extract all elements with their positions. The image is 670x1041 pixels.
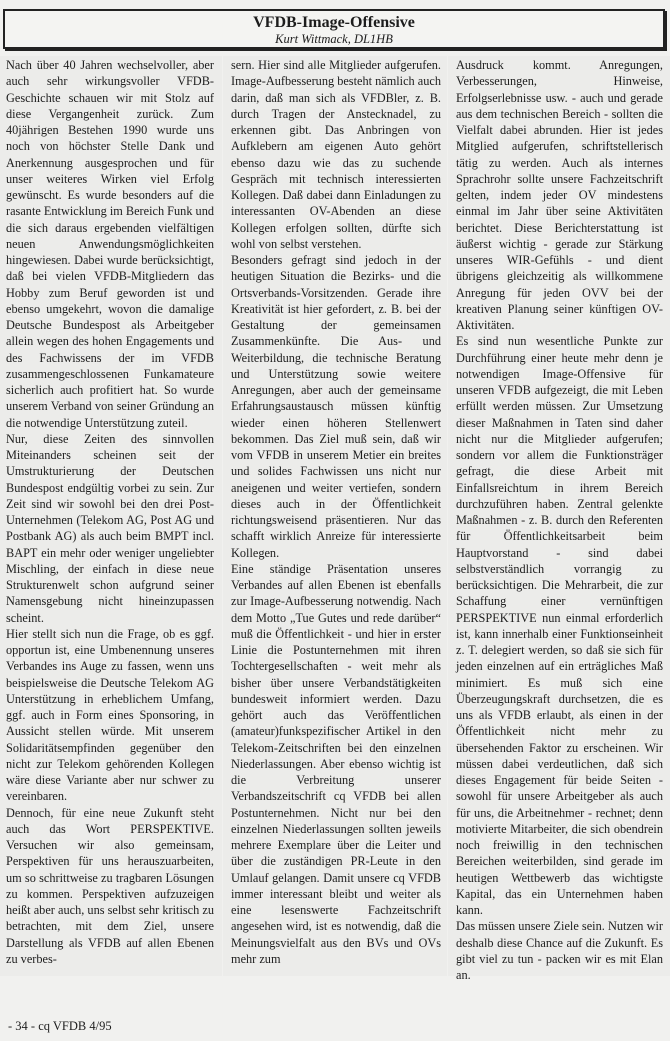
article-author: Kurt Wittmack, DL1HB [5,32,663,46]
page-footer: - 34 - cq VFDB 4/95 [8,1019,112,1034]
paragraph: Hier stellt sich nun die Frage, ob es gg… [6,626,214,805]
article-title-box: VFDB-Image-Offensive Kurt Wittmack, DL1H… [3,9,665,49]
paragraph: Das müssen unsere Ziele sein. Nutzen wir… [456,918,663,983]
paragraph: Ausdruck kommt. Anregungen, Verbesserung… [456,57,663,333]
paragraph: Es sind nun wesentliche Punkte zur Durch… [456,333,663,918]
paragraph: Eine ständige Präsentation unseres Verba… [231,561,441,967]
paragraph: sern. Hier sind alle Mitglieder aufgeruf… [231,57,441,252]
text-column-2: sern. Hier sind alle Mitglieder aufgeruf… [223,56,447,976]
paragraph: Besonders gefragt sind jedoch in der heu… [231,252,441,561]
article-body: Nach über 40 Jahren wechselvoller, aber … [0,56,670,976]
article-title: VFDB-Image-Offensive [5,14,663,32]
paragraph: Nur, diese Zeiten des sinnvollen Miteina… [6,431,214,626]
text-column-3: Ausdruck kommt. Anregungen, Verbesserung… [448,56,670,976]
paragraph: Nach über 40 Jahren wechselvoller, aber … [6,57,214,431]
text-column-1: Nach über 40 Jahren wechselvoller, aber … [0,56,222,976]
paragraph: Dennoch, für eine neue Zukunft steht auc… [6,805,214,968]
